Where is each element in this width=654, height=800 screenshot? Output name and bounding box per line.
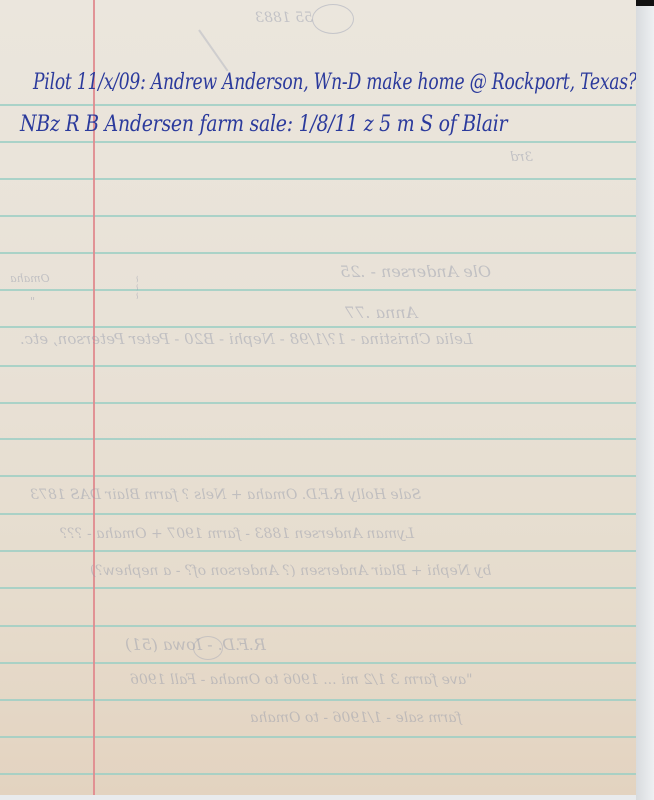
bleed-line: Lyman Andersen 1883 - farm 1907 + Omaha … (60, 526, 414, 542)
ruled-line (0, 625, 636, 627)
bleed-line: Lelia Christina - 1?/1/98 - Nephi - B20 … (20, 330, 473, 348)
ruled-line (0, 326, 636, 328)
bleed-line: R.F.D. - Iowa (51) (125, 635, 266, 654)
ruled-line (0, 587, 636, 589)
bleed-line: "ave farm 3 1/2 mi ... 1906 to Omaha - F… (130, 672, 473, 688)
ruled-line (0, 178, 636, 180)
bleed-line: farm sale - 1/1906 - to Omaha (250, 710, 462, 726)
circled-page-number-bleed (312, 4, 354, 34)
bleed-line: by Nephi + Blair Andersen (? Anderson of… (90, 563, 491, 579)
bleed-top-note: 55 1883 (255, 10, 313, 26)
bleed-margin-left: Omaha (10, 272, 50, 285)
ruled-line (0, 365, 636, 367)
ruled-line (0, 736, 636, 738)
notepaper: 55 1883 3rd Ole Andersen - .25 Anna .77 … (0, 0, 636, 795)
bleed-line: Ole Andersen - .25 (340, 262, 491, 281)
bleed-line: Anna .77 (345, 303, 417, 322)
bleed-margin-left: " (30, 295, 35, 308)
ruled-line (0, 289, 636, 291)
handwritten-line-2: NBz R B Andersen farm sale: 1/8/11 z 5 m… (20, 112, 507, 137)
ruled-line (0, 513, 636, 515)
ruled-line (0, 438, 636, 440)
bleed-margin-note: 3rd (510, 150, 533, 165)
ruled-line (0, 215, 636, 217)
ruled-line (0, 550, 636, 552)
ruled-line (0, 475, 636, 477)
handwritten-line-1: Pilot 11/x/09: Andrew Anderson, Wn-D mak… (33, 70, 636, 95)
ruled-line (0, 699, 636, 701)
ruled-line (0, 773, 636, 775)
ruled-line (0, 662, 636, 664)
ruled-line (0, 141, 636, 143)
bleed-arrow (198, 29, 228, 71)
ruled-line (0, 252, 636, 254)
bleed-line: Sale Holly R.F.D. Omaha + Nels ? farm Bl… (30, 487, 421, 503)
ruled-line (0, 104, 636, 106)
scanner-bed-bottom (0, 795, 636, 800)
bleed-vertical-note: ~~~ (131, 275, 142, 300)
scanner-bed-right (636, 6, 654, 800)
ruled-line (0, 402, 636, 404)
